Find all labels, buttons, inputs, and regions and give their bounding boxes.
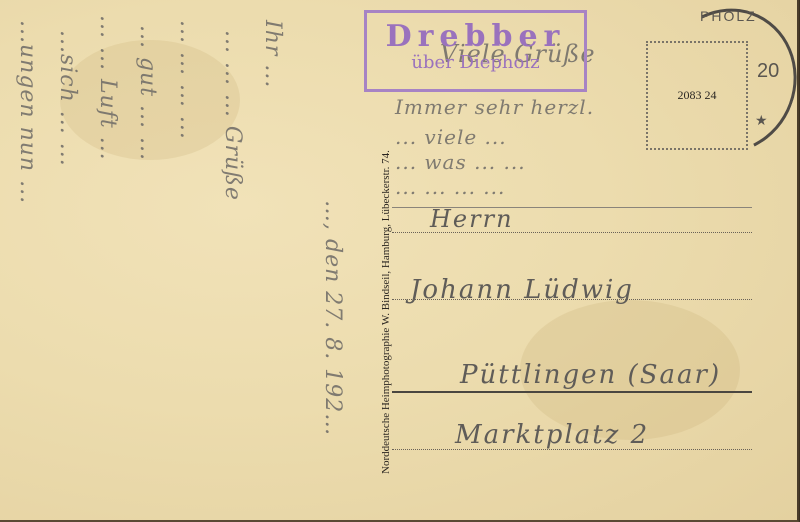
message-line: ...ungen nun ... — [15, 20, 40, 204]
message-line: ... ... ... Grüße — [220, 30, 245, 201]
date-line: …, den 27. 8. 192… — [320, 200, 345, 436]
address-line — [392, 449, 752, 450]
message-line: ... ... Luft ... — [95, 15, 120, 161]
address-line — [392, 232, 752, 233]
address-street: Marktplatz 2 — [455, 420, 649, 450]
stamp-placeholder: 2083 24 — [646, 41, 748, 150]
message-line: ... ... ... ... — [395, 175, 505, 199]
postmark-number: 20 — [757, 60, 779, 83]
message-line: ... was ... ... — [395, 150, 526, 174]
postmark-star-icon: ★ — [755, 112, 768, 129]
message-line: ... gut ... ... — [135, 25, 160, 161]
address-name: Johann Lüdwig — [410, 275, 634, 305]
stamp-town: Drebber — [367, 21, 584, 53]
message-line: ... viele ... — [395, 125, 507, 149]
postcard: ...ungen nun ... ...sich ... ... ... ...… — [0, 0, 799, 522]
message-line: ...sich ... ... — [55, 30, 80, 167]
stamp-code: 2083 24 — [678, 88, 717, 103]
city-underline — [392, 391, 752, 393]
cancellation-stamp: Drebber über Diepholz — [364, 10, 587, 92]
message-line: Ihr ... — [260, 20, 285, 88]
stamp-district: über Diepholz — [367, 53, 584, 73]
address-city: Püttlingen (Saar) — [460, 360, 721, 390]
message-line: ... ... ... ... — [175, 20, 200, 140]
publisher-imprint: Norddeutsche Heimphotographie W. Bindsei… — [380, 150, 392, 474]
address-line — [392, 299, 752, 300]
address-salutation: Herrn — [430, 205, 514, 233]
postmark-text: PHOLZ — [700, 8, 757, 24]
message-line: Immer sehr herzl. — [395, 95, 594, 119]
